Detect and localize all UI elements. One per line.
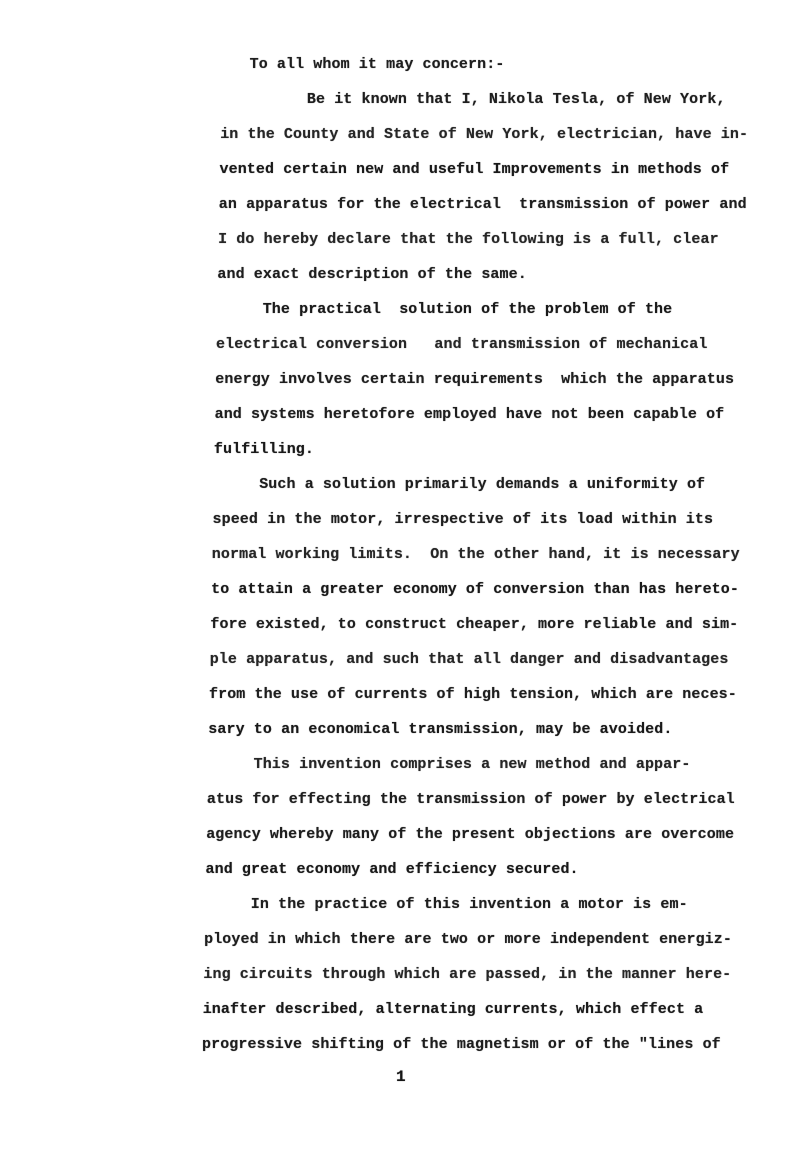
- text-line: and great economy and efficiency secured…: [206, 861, 579, 878]
- scanned-document-page: To all whom it may concern:-Be it known …: [0, 0, 807, 1155]
- text-line: To all whom it may concern:-: [250, 56, 505, 73]
- text-line: and exact description of the same.: [217, 266, 526, 283]
- text-line: from the use of currents of high tension…: [209, 686, 737, 703]
- text-line: speed in the motor, irrespective of its …: [213, 511, 714, 528]
- text-line: atus for effecting the transmission of p…: [207, 791, 735, 808]
- text-line: ployed in which there are two or more in…: [204, 931, 732, 948]
- text-line: inafter described, alternating currents,…: [203, 1001, 704, 1018]
- text-line: normal working limits. On the other hand…: [212, 546, 740, 563]
- text-line: The practical solution of the problem of…: [263, 301, 673, 318]
- text-line: sary to an economical transmission, may …: [208, 721, 672, 738]
- text-line: I do hereby declare that the following i…: [218, 231, 719, 248]
- text-line: and systems heretofore employed have not…: [215, 406, 725, 423]
- text-line: ple apparatus, and such that all danger …: [210, 651, 729, 668]
- text-line: agency whereby many of the present objec…: [206, 826, 734, 843]
- document-text-block: To all whom it may concern:-Be it known …: [0, 0, 807, 1155]
- text-line: progressive shifting of the magnetism or…: [202, 1036, 721, 1053]
- text-line: In the practice of this invention a moto…: [251, 896, 688, 913]
- text-line: fore existed, to construct cheaper, more…: [210, 616, 738, 633]
- text-line: vented certain new and useful Improvemen…: [220, 161, 730, 178]
- text-line: ing circuits through which are passed, i…: [203, 966, 731, 983]
- text-line: to attain a greater economy of conversio…: [211, 581, 739, 598]
- page-number: 1: [396, 1068, 406, 1086]
- text-line: energy involves certain requirements whi…: [215, 371, 734, 388]
- text-line: fulfilling.: [214, 441, 314, 458]
- text-line: electrical conversion and transmission o…: [216, 336, 707, 353]
- text-line: an apparatus for the electrical transmis…: [219, 196, 747, 213]
- text-line: Such a solution primarily demands a unif…: [259, 476, 705, 493]
- text-line: in the County and State of New York, ele…: [220, 126, 748, 143]
- text-line: This invention comprises a new method an…: [254, 756, 691, 773]
- text-line: Be it known that I, Nikola Tesla, of New…: [307, 91, 726, 108]
